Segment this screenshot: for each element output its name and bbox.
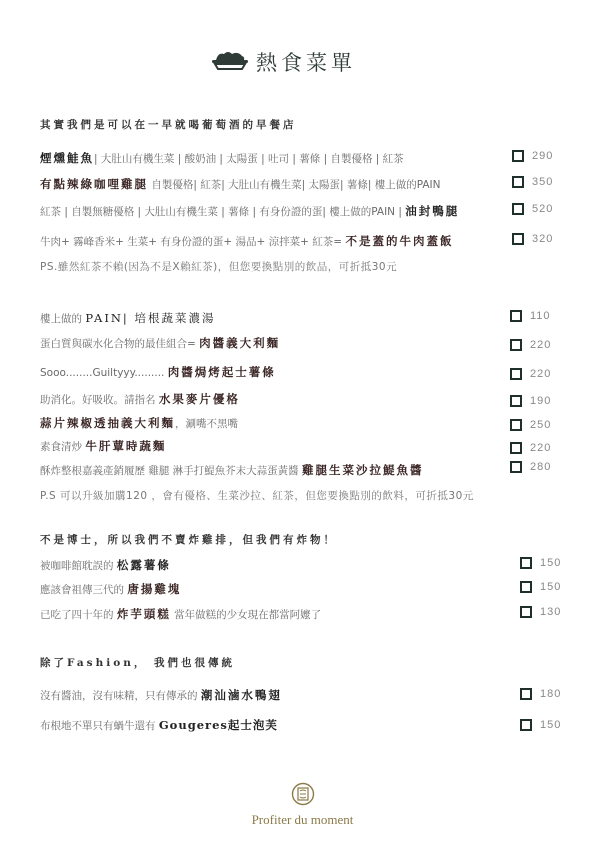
price: 220 xyxy=(530,368,551,380)
menu-item: 樓上做的 PAIN| 培根蔬菜濃湯 xyxy=(40,310,215,326)
checkbox[interactable] xyxy=(520,606,532,618)
menu-item-select[interactable]: 130 xyxy=(520,606,561,618)
dish-name: 蒜片辣椒透抽義大利麵 xyxy=(40,416,175,430)
menu-item: 助消化。好吸收。請指名 水果麥片優格 xyxy=(40,391,240,407)
menu-item: 煙燻鮭魚| 大肚山有機生菜 | 酸奶油 | 太陽蛋 | 吐司 | 薯條 | 自製… xyxy=(40,150,404,166)
menu-item-select[interactable]: 110 xyxy=(510,310,551,322)
dish-name: 雞腿生菜沙拉鯷魚醬 xyxy=(302,463,424,477)
price: 320 xyxy=(532,233,553,245)
dish-name: 不是蓋的牛肉蓋飯 xyxy=(345,234,453,248)
menu-item: 被咖啡館耽誤的 松露薯條 xyxy=(40,557,171,573)
menu-item-select[interactable]: 520 xyxy=(512,203,553,215)
checkbox[interactable] xyxy=(510,395,522,407)
menu-item-select[interactable]: 280 xyxy=(510,461,551,473)
menu-item: 蒜片辣椒透抽義大利麵，涮嘴不黑嘴 xyxy=(40,415,238,431)
checkbox[interactable] xyxy=(520,557,532,569)
menu-item-select[interactable]: 350 xyxy=(512,176,553,188)
menu-item: 布根地不單只有蝸牛還有 Gougeres起士泡芙 xyxy=(40,717,278,733)
menu-item: 應該會祖傳三代的 唐揚雞塊 xyxy=(40,581,181,597)
dish-name: PAIN| 培根蔬菜濃湯 xyxy=(85,311,215,325)
menu-item: 素食清炒 牛肝蕈時蔬麵 xyxy=(40,438,166,454)
price: 190 xyxy=(530,395,551,407)
menu-item-select[interactable]: 150 xyxy=(520,719,561,731)
page-title: 熱食菜單 xyxy=(256,47,356,77)
dish-name: 炸芋頭糕 xyxy=(117,607,171,621)
price: 150 xyxy=(540,581,561,593)
price: 130 xyxy=(540,606,561,618)
dish-name: 肉醬義大利麵 xyxy=(199,336,280,350)
dish-name: 牛肝蕈時蔬麵 xyxy=(85,439,166,453)
menu-item: 紅茶 | 自製無糖優格 | 大肚山有機生菜 | 薯條 | 有身份證的蛋| 樓上做… xyxy=(40,203,459,219)
checkbox[interactable] xyxy=(512,233,524,245)
dish-name: 唐揚雞塊 xyxy=(127,582,181,596)
menu-item-select[interactable]: 290 xyxy=(512,150,553,162)
price: 220 xyxy=(530,339,551,351)
price: 280 xyxy=(530,461,551,473)
menu-item-select[interactable]: 220 xyxy=(510,442,551,454)
price: 350 xyxy=(532,176,553,188)
section-heading: 除了Fashion， 我們也很傳統 xyxy=(40,655,235,670)
price: 220 xyxy=(530,442,551,454)
checkbox[interactable] xyxy=(520,581,532,593)
price: 150 xyxy=(540,719,561,731)
price: 520 xyxy=(532,203,553,215)
dish-name: 肉醬焗烤起士薯條 xyxy=(168,365,276,379)
menu-item: 已吃了四十年的 炸芋頭糕 當年做糕的少女現在都當阿嬤了 xyxy=(40,606,321,622)
menu-item-select[interactable]: 180 xyxy=(520,688,561,700)
dish-name: 煙燻鮭魚 xyxy=(40,151,94,165)
checkbox[interactable] xyxy=(512,150,524,162)
menu-item: 酥炸整根嘉義產銷履歷 雞腿 淋手打鯷魚芥末大蒜蛋黃醬 雞腿生菜沙拉鯷魚醬 xyxy=(40,462,424,478)
food-plate-icon xyxy=(210,48,250,76)
price: 290 xyxy=(532,150,553,162)
checkbox[interactable] xyxy=(510,442,522,454)
section-note: P.S 可以升級加購120 ，會有優格、生菜沙拉、紅茶，但您要換點別的飲料，可折… xyxy=(40,488,474,503)
menu-item-select[interactable]: 320 xyxy=(512,233,553,245)
checkbox[interactable] xyxy=(520,688,532,700)
menu-item-select[interactable]: 220 xyxy=(510,368,551,380)
checkbox[interactable] xyxy=(510,368,522,380)
dish-name: 松露薯條 xyxy=(117,558,171,572)
checkbox[interactable] xyxy=(510,419,522,431)
checkbox[interactable] xyxy=(510,461,522,473)
dish-name: 水果麥片優格 xyxy=(159,392,240,406)
menu-item-select[interactable]: 220 xyxy=(510,339,551,351)
dish-name: Gougeres起士泡芙 xyxy=(159,718,278,732)
brand-emblem-icon xyxy=(291,791,315,810)
price: 250 xyxy=(530,419,551,431)
checkbox[interactable] xyxy=(510,339,522,351)
menu-item: 牛肉+ 霧峰香米+ 生菜+ 有身份證的蛋+ 湯品+ 涼拌菜+ 紅茶= 不是蓋的牛… xyxy=(40,233,453,249)
checkbox[interactable] xyxy=(512,203,524,215)
menu-item-select[interactable]: 150 xyxy=(520,581,561,593)
section-note: PS.雖然紅茶不賴(因為不是X賴紅茶)，但您要換點別的飲品，可折抵30元 xyxy=(40,259,397,274)
dish-name: 潮汕滷水鴨翅 xyxy=(201,688,282,702)
dish-name: 有點辣綠咖哩雞腿 xyxy=(40,177,148,191)
checkbox[interactable] xyxy=(512,176,524,188)
menu-item: 蛋白質與碳水化合物的最佳組合= 肉醬義大利麵 xyxy=(40,335,280,351)
checkbox[interactable] xyxy=(520,719,532,731)
menu-item-select[interactable]: 190 xyxy=(510,395,551,407)
price: 150 xyxy=(540,557,561,569)
menu-item-select[interactable]: 250 xyxy=(510,419,551,431)
menu-header: 熱食菜單 xyxy=(210,46,356,78)
section-heading: 其實我們是可以在一早就喝葡萄酒的早餐店 xyxy=(40,117,297,132)
price: 110 xyxy=(530,310,551,322)
checkbox[interactable] xyxy=(510,310,522,322)
menu-item: Sooo........Guiltyyy......... 肉醬焗烤起士薯條 xyxy=(40,364,276,380)
section-heading: 不是博士，所以我們不賣炸雞排，但我們有炸物！ xyxy=(40,532,337,547)
footer-brand: Profiter du moment xyxy=(0,782,605,828)
price: 180 xyxy=(540,688,561,700)
dish-name: 油封鴨腿 xyxy=(405,204,459,218)
menu-item: 沒有醬油，沒有味精，只有傳承的 潮汕滷水鴨翅 xyxy=(40,687,282,703)
menu-item: 有點辣綠咖哩雞腿 自製優格| 紅茶| 大肚山有機生菜| 太陽蛋| 薯條| 樓上做… xyxy=(40,176,441,192)
menu-item-select[interactable]: 150 xyxy=(520,557,561,569)
brand-name: Profiter du moment xyxy=(0,812,605,828)
